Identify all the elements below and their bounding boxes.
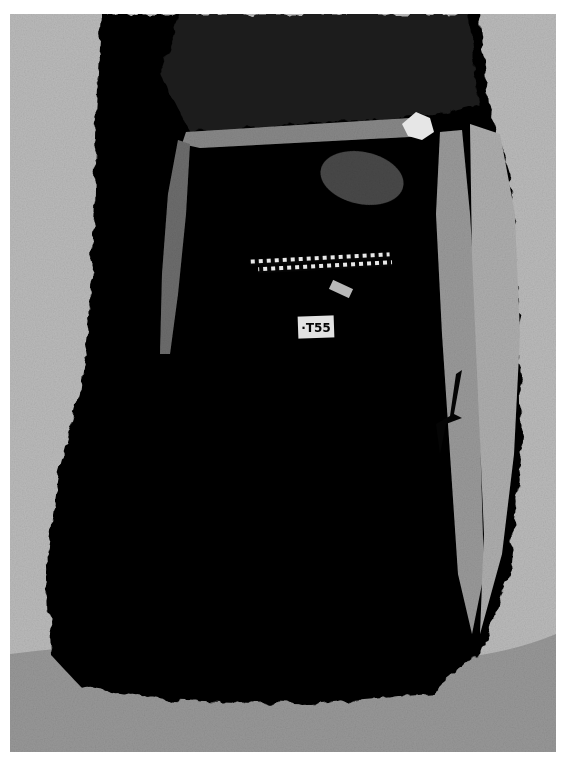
excavation-photograph: ·T55 <box>10 14 556 752</box>
label-tag: ·T55 <box>298 315 335 338</box>
label-tag-text: ·T55 <box>301 321 330 335</box>
